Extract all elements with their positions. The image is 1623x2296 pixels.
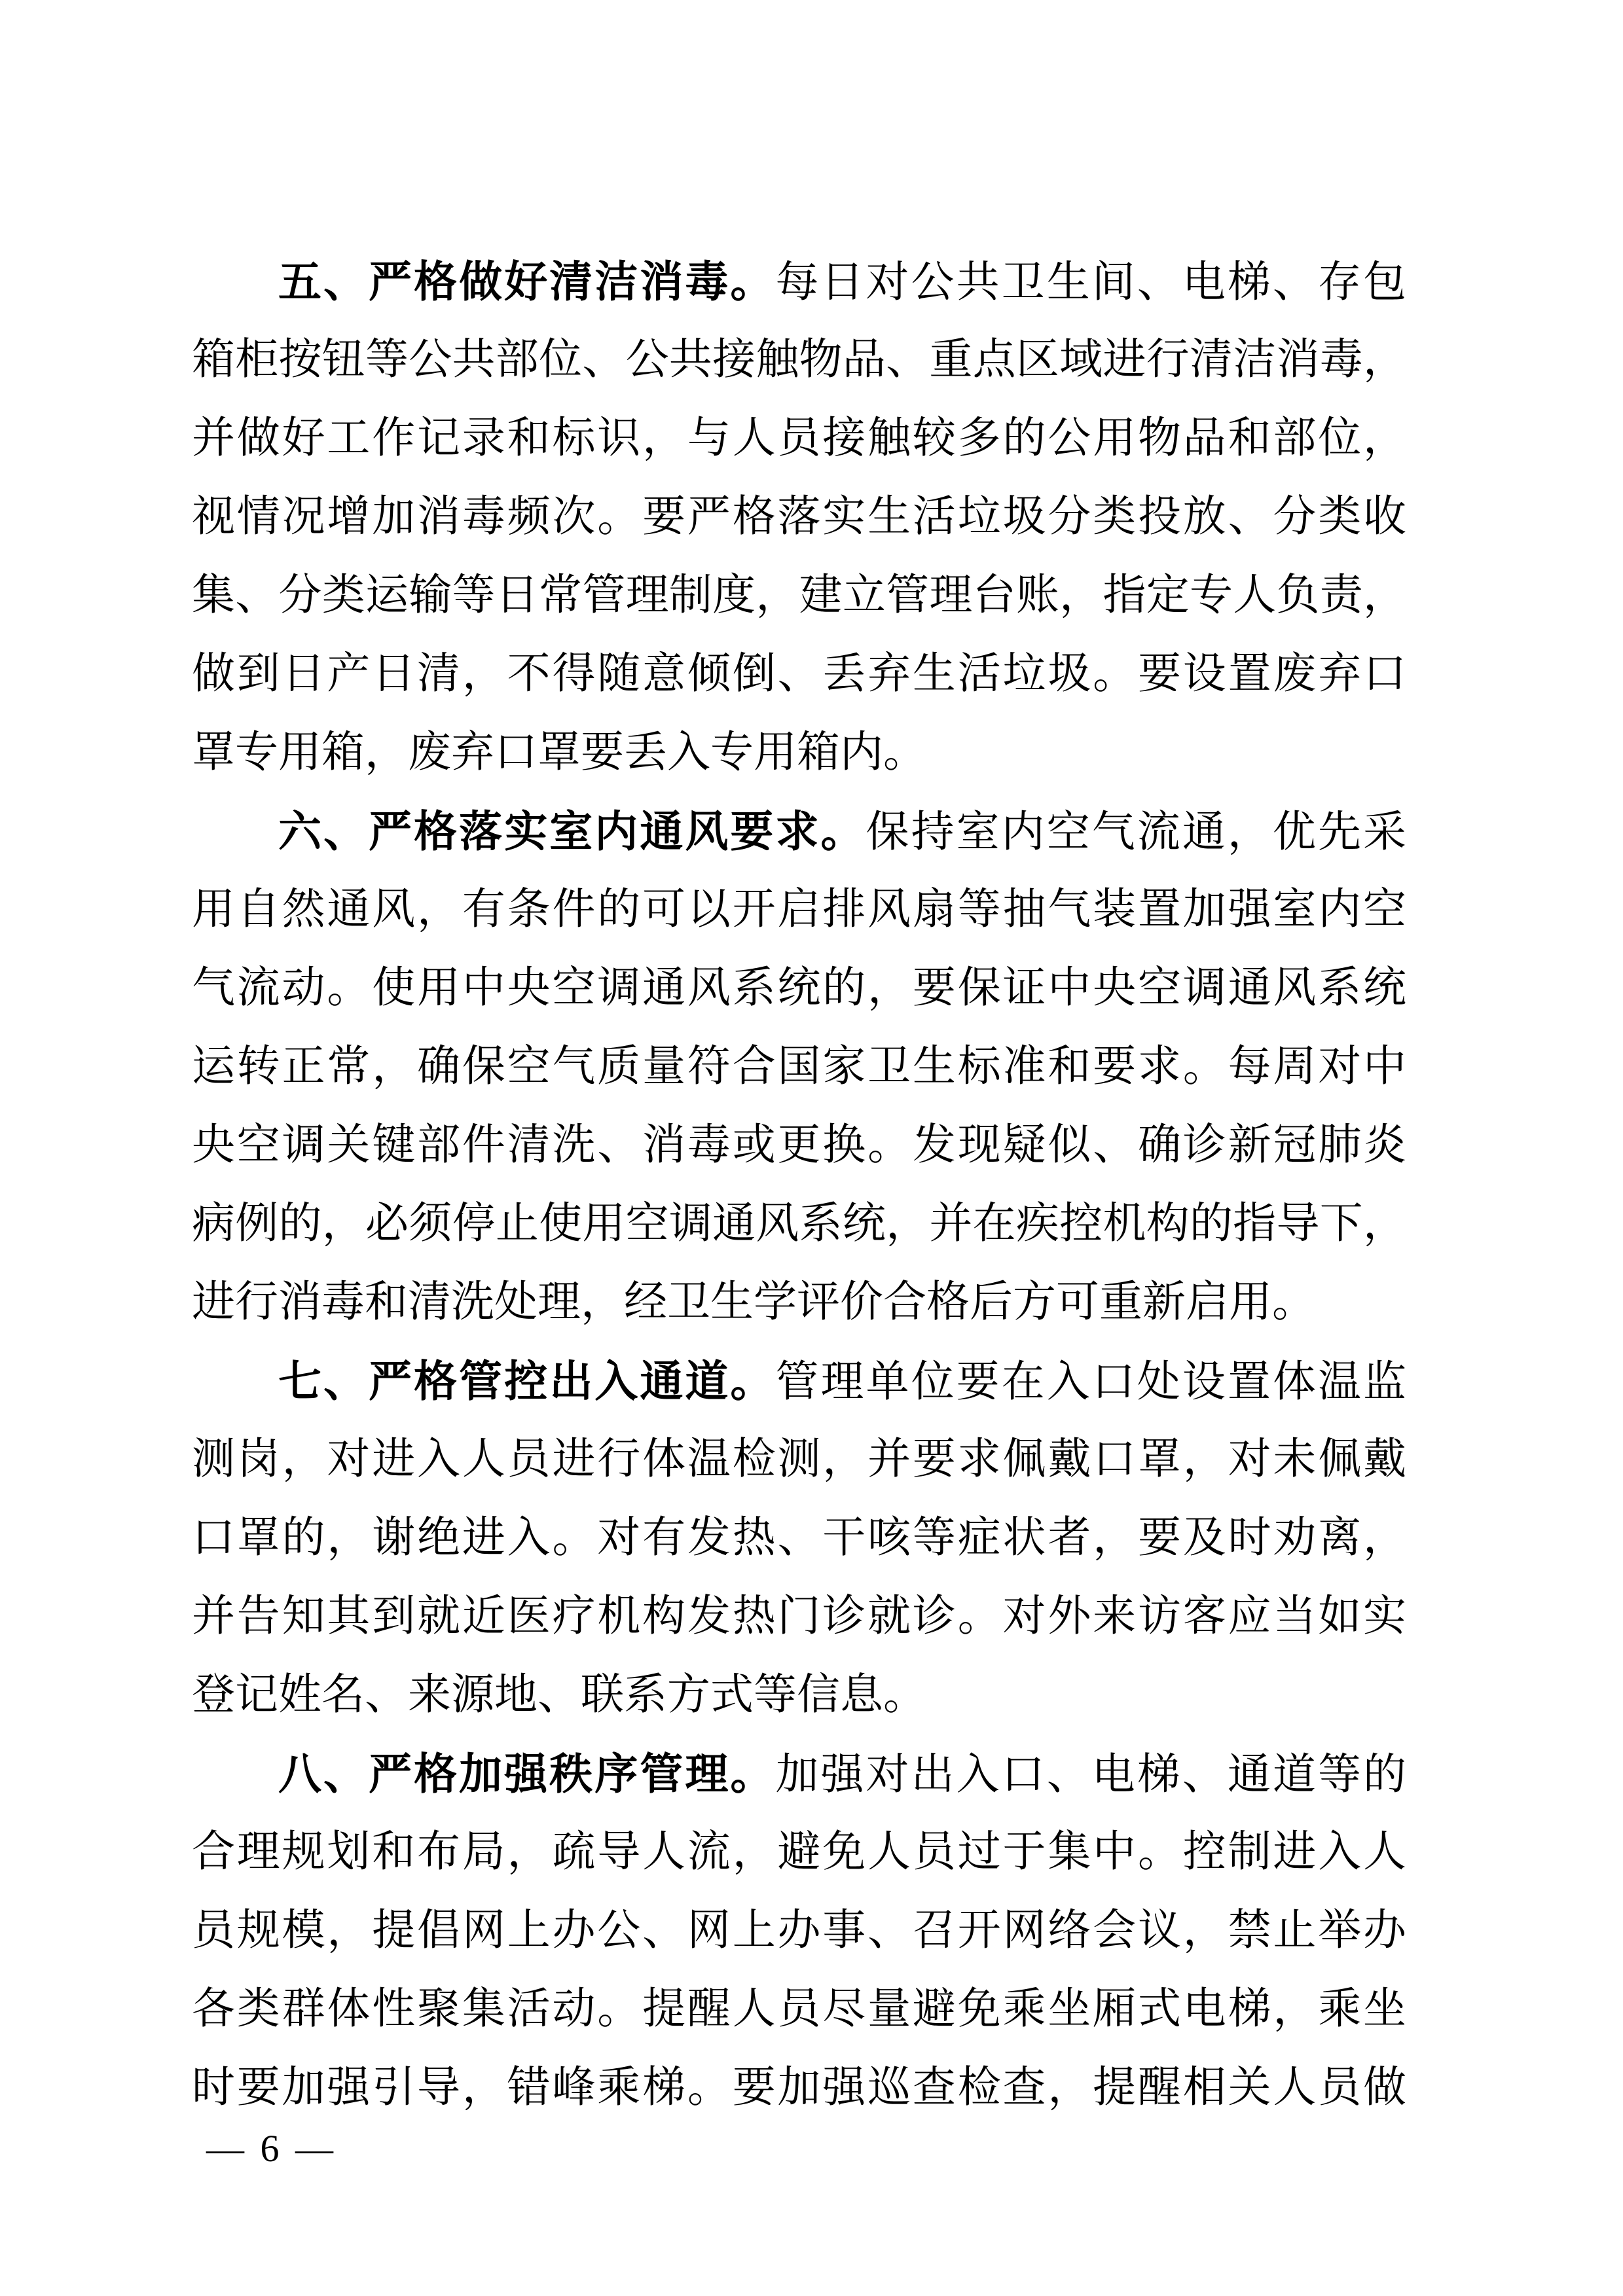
text-line: 用自然通风，有条件的可以开启排风扇等抽气装置加强室内空 (192, 870, 1406, 949)
text-line: 测岗，对进入人员进行体温检测，并要求佩戴口罩，对未佩戴 (192, 1420, 1406, 1499)
text-line: 病例的，必须停止使用空调通风系统，并在疾控机构的指导下， (192, 1185, 1406, 1263)
section-heading: 五、严格做好清洁消毒。 (278, 257, 775, 306)
text-line: 七、严格管控出入通道。管理单位要在入口处设置体温监 (192, 1342, 1406, 1420)
text-line: 进行消毒和清洗处理，经卫生学评价合格后方可重新启用。 (192, 1263, 1406, 1342)
document-body: 五、严格做好清洁消毒。每日对公共卫生间、电梯、存包箱柜按钮等公共部位、公共接触物… (192, 242, 1406, 2127)
text-line: 集、分类运输等日常管理制度，建立管理台账，指定专人负责， (192, 556, 1406, 635)
section-heading: 六、严格落实室内通风要求。 (278, 807, 866, 855)
text-line: 六、严格落实室内通风要求。保持室内空气流通，优先采 (192, 792, 1406, 870)
section-heading: 七、严格管控出入通道。 (278, 1357, 775, 1405)
text-line: 八、严格加强秩序管理。加强对出入口、电梯、通道等的 (192, 1734, 1406, 1813)
text-line: 员规模，提倡网上办公、网上办事、召开网络会议，禁止举办 (192, 1892, 1406, 1970)
text-line: 气流动。使用中央空调通风系统的，要保证中央空调通风系统 (192, 949, 1406, 1028)
text-line: 五、严格做好清洁消毒。每日对公共卫生间、电梯、存包 (192, 242, 1406, 321)
text-line: 时要加强引导，错峰乘梯。要加强巡查检查，提醒相关人员做 (192, 2049, 1406, 2127)
text-line: 罩专用箱，废弃口罩要丢入专用箱内。 (192, 713, 1406, 792)
text-line: 央空调关键部件清洗、消毒或更换。发现疑似、确诊新冠肺炎 (192, 1106, 1406, 1185)
section-heading: 八、严格加强秩序管理。 (278, 1749, 775, 1798)
text-line: 各类群体性聚集活动。提醒人员尽量避免乘坐厢式电梯，乘坐 (192, 1970, 1406, 2049)
text-line: 运转正常，确保空气质量符合国家卫生标准和要求。每周对中 (192, 1028, 1406, 1106)
text-line: 箱柜按钮等公共部位、公共接触物品、重点区域进行清洁消毒， (192, 321, 1406, 399)
text-line: 并告知其到就近医疗机构发热门诊就诊。对外来访客应当如实 (192, 1577, 1406, 1656)
text-line: 登记姓名、来源地、联系方式等信息。 (192, 1656, 1406, 1734)
text-line: 合理规划和布局，疏导人流，避免人员过于集中。控制进入人 (192, 1813, 1406, 1892)
text-line: 做到日产日清，不得随意倾倒、丢弃生活垃圾。要设置废弃口 (192, 635, 1406, 713)
text-line: 并做好工作记录和标识，与人员接触较多的公用物品和部位， (192, 399, 1406, 478)
text-line: 口罩的，谢绝进入。对有发热、干咳等症状者，要及时劝离， (192, 1499, 1406, 1577)
document-page: 五、严格做好清洁消毒。每日对公共卫生间、电梯、存包箱柜按钮等公共部位、公共接触物… (0, 0, 1623, 2296)
text-line: 视情况增加消毒频次。要严格落实生活垃圾分类投放、分类收 (192, 478, 1406, 556)
page-number: — 6 — (206, 2127, 333, 2170)
